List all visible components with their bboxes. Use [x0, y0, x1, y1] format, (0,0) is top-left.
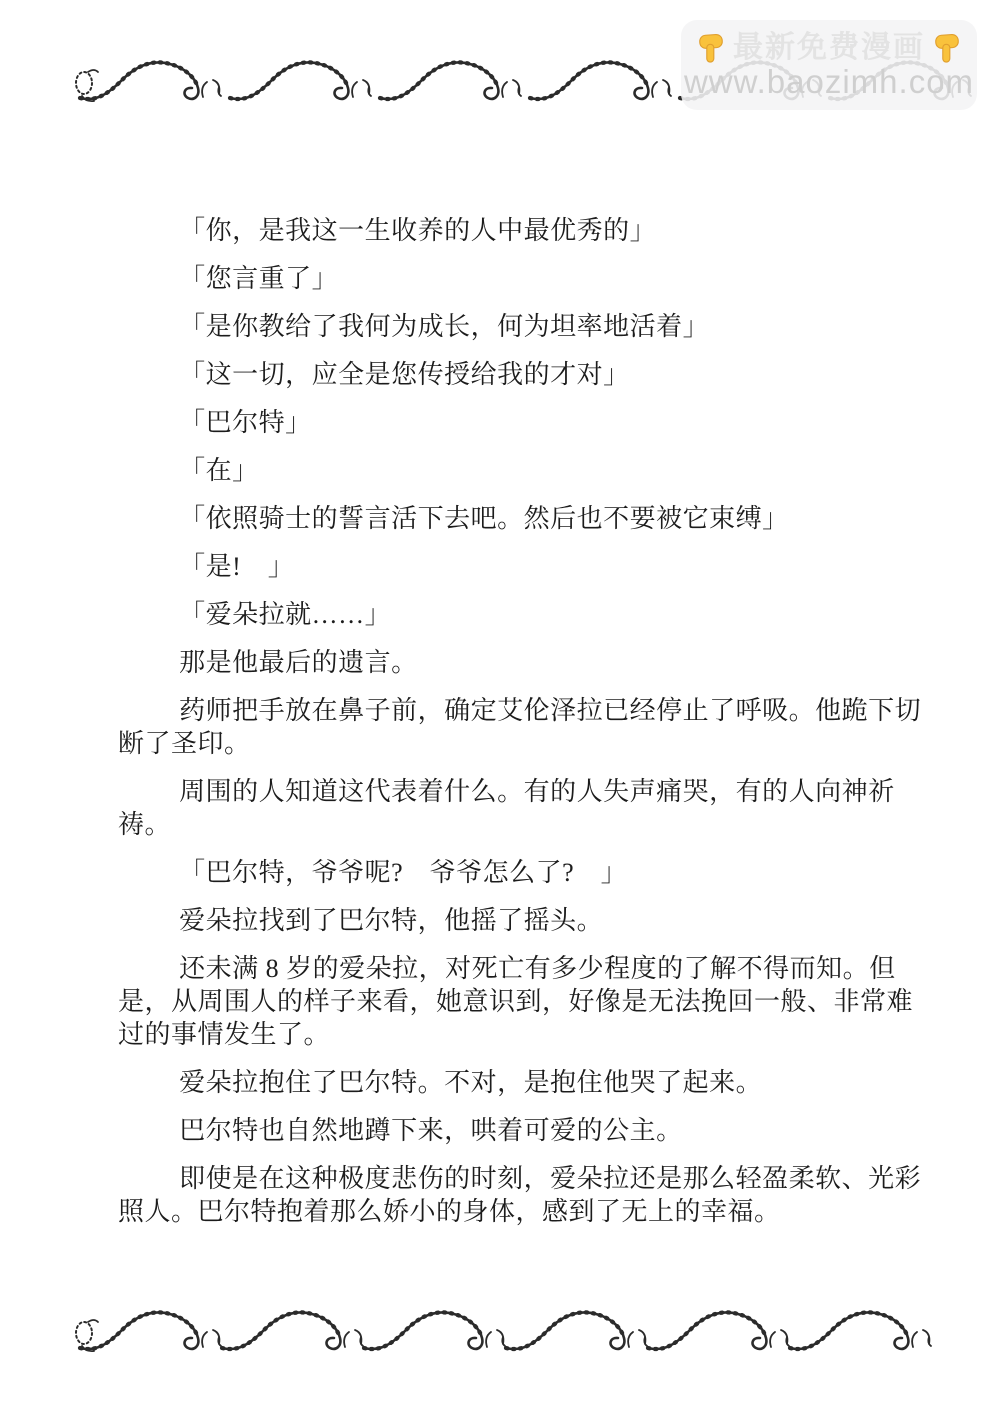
novel-paragraph: 「是! 」 [118, 550, 918, 583]
text-line: 是，从周围人的样子来看，她意识到，好像是无法挽回一般、非常难 [118, 985, 918, 1018]
watermark-label: 最新免费漫画 [733, 32, 925, 64]
text-line: 「是! 」 [118, 550, 918, 583]
novel-paragraph: 「你，是我这一生收养的人中最优秀的」 [118, 214, 918, 247]
novel-paragraph: 「巴尔特，爷爷呢? 爷爷怎么了? 」 [118, 856, 918, 889]
text-line: 断了圣印。 [118, 727, 918, 760]
novel-paragraph: 「爱朵拉就……」 [118, 598, 918, 631]
novel-paragraph: 即使是在这种极度悲伤的时刻，爱朵拉还是那么轻盈柔软、光彩照人。巴尔特抱着那么娇小… [118, 1162, 918, 1228]
text-line: 还未满 8 岁的爱朵拉，对死亡有多少程度的了解不得而知。但 [118, 952, 918, 985]
novel-paragraph: 「这一切，应全是您传授给我的才对」 [118, 358, 918, 391]
text-line: 祷。 [118, 808, 918, 841]
text-line: 照人。巴尔特抱着那么娇小的身体，感到了无上的幸福。 [118, 1195, 918, 1228]
novel-page: 最新免费漫画 www.baozimh.com 「你，是我这一生收养的人中最优秀的… [0, 0, 1006, 1422]
text-line: 「巴尔特，爷爷呢? 爷爷怎么了? 」 [118, 856, 918, 889]
text-line: 爱朵拉找到了巴尔特，他摇了摇头。 [118, 904, 918, 937]
novel-paragraph: 「依照骑士的誓言活下去吧。然后也不要被它束缚」 [118, 502, 918, 535]
text-line: 「你，是我这一生收养的人中最优秀的」 [118, 214, 918, 247]
watermark-badge[interactable]: 最新免费漫画 www.baozimh.com [681, 20, 977, 110]
text-line: 即使是在这种极度悲伤的时刻，爱朵拉还是那么轻盈柔软、光彩 [118, 1162, 918, 1195]
text-line: 药师把手放在鼻子前，确定艾伦泽拉已经停止了呼吸。他跪下切 [118, 694, 918, 727]
text-line: 巴尔特也自然地蹲下来，哄着可爱的公主。 [118, 1114, 918, 1147]
pointing-down-hand-icon [696, 32, 726, 64]
novel-paragraph: 「是你教给了我何为成长，何为坦率地活着」 [118, 310, 918, 343]
novel-paragraph: 药师把手放在鼻子前，确定艾伦泽拉已经停止了呼吸。他跪下切断了圣印。 [118, 694, 918, 760]
novel-paragraph: 「您言重了」 [118, 262, 918, 295]
text-line: 「这一切，应全是您传授给我的才对」 [118, 358, 918, 391]
novel-paragraph: 爱朵拉抱住了巴尔特。不对，是抱住他哭了起来。 [118, 1066, 918, 1099]
novel-paragraph: 周围的人知道这代表着什么。有的人失声痛哭，有的人向神祈祷。 [118, 775, 918, 841]
text-line: 「是你教给了我何为成长，何为坦率地活着」 [118, 310, 918, 343]
watermark-title-row: 最新免费漫画 [696, 32, 962, 64]
novel-paragraph: 还未满 8 岁的爱朵拉，对死亡有多少程度的了解不得而知。但是，从周围人的样子来看… [118, 952, 918, 1051]
text-line: 「巴尔特」 [118, 406, 918, 439]
watermark-url[interactable]: www.baozimh.com [684, 65, 974, 99]
flourish-divider-bottom-icon [74, 1306, 932, 1362]
text-line: 那是他最后的遗言。 [118, 646, 918, 679]
novel-paragraph: 巴尔特也自然地蹲下来，哄着可爱的公主。 [118, 1114, 918, 1147]
pointing-down-hand-icon [932, 32, 962, 64]
novel-paragraph: 那是他最后的遗言。 [118, 646, 918, 679]
novel-text: 「你，是我这一生收养的人中最优秀的」「您言重了」「是你教给了我何为成长，何为坦率… [118, 214, 918, 1243]
text-line: 「在」 [118, 454, 918, 487]
text-line: 爱朵拉抱住了巴尔特。不对，是抱住他哭了起来。 [118, 1066, 918, 1099]
novel-paragraph: 爱朵拉找到了巴尔特，他摇了摇头。 [118, 904, 918, 937]
text-line: 周围的人知道这代表着什么。有的人失声痛哭，有的人向神祈 [118, 775, 918, 808]
text-line: 「依照骑士的誓言活下去吧。然后也不要被它束缚」 [118, 502, 918, 535]
novel-paragraph: 「在」 [118, 454, 918, 487]
text-line: 过的事情发生了。 [118, 1018, 918, 1051]
text-line: 「您言重了」 [118, 262, 918, 295]
text-line: 「爱朵拉就……」 [118, 598, 918, 631]
novel-paragraph: 「巴尔特」 [118, 406, 918, 439]
